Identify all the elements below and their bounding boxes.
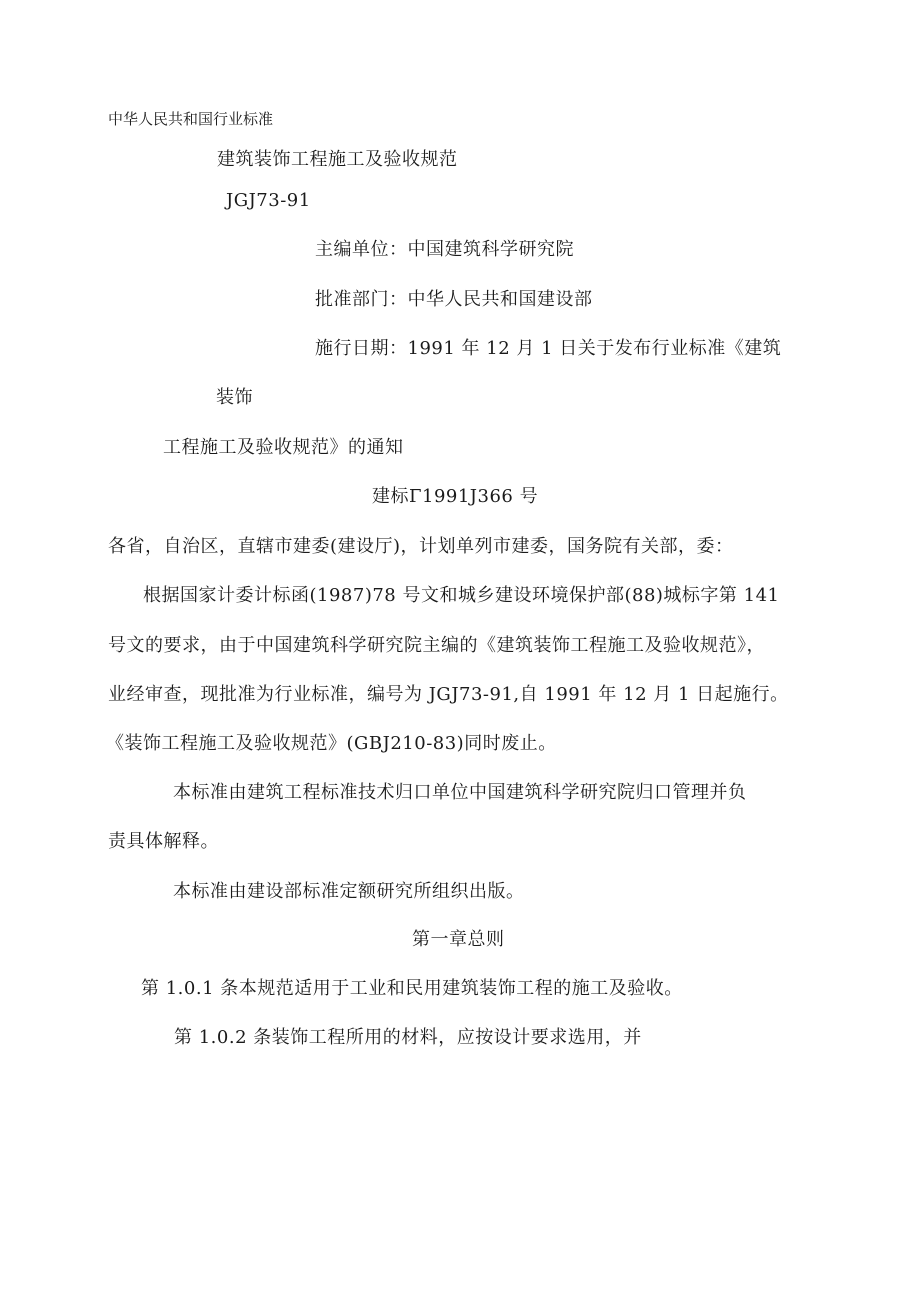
chapter-heading: 第一章总则 — [412, 928, 505, 952]
notice-title: 工程施工及验收规范》的通知 — [163, 436, 404, 460]
article-1-0-1: 第 1.0.1 条本规范适用于工业和民用建筑装饰工程的施工及验收。 — [141, 977, 683, 1001]
issuer-label: 中华人民共和国行业标准 — [108, 107, 273, 131]
paragraph-1-line-3: 业经审查，现批准为行业标准，编号为 JGJ73-91,自 1991 年 12 月… — [108, 683, 789, 707]
document-title: 建筑装饰工程施工及验收规范 — [217, 148, 458, 172]
paragraph-2-line-1: 本标准由建筑工程标准技术归口单位中国建筑科学研究院归口管理并负 — [173, 781, 747, 805]
effective-date-line-continued: 装饰 — [216, 386, 253, 410]
notice-doc-number: 建标Γ1991J366 号 — [372, 485, 538, 509]
approval-department: 批准部门：中华人民共和国建设部 — [315, 288, 593, 312]
paragraph-1-line-4: 《装饰工程施工及验收规范》(GBJ210-83)同时废止。 — [106, 732, 557, 756]
paragraph-1-line-2: 号文的要求，由于中国建筑科学研究院主编的《建筑装饰工程施工及验收规范》， — [108, 634, 765, 658]
article-1-0-2: 第 1.0.2 条装饰工程所用的材料，应按设计要求选用，并 — [174, 1026, 642, 1050]
standard-code: JGJ73-91 — [226, 189, 311, 213]
paragraph-3: 本标准由建设部标准定额研究所组织出版。 — [173, 880, 525, 904]
paragraph-1-line-1: 根据国家计委计标函(1987)78 号文和城乡建设环境保护部(88)城标字第 1… — [143, 584, 780, 608]
editor-unit: 主编单位：中国建筑科学研究院 — [315, 238, 574, 262]
effective-date-line: 施行日期：1991 年 12 月 1 日关于发布行业标准《建筑 — [315, 337, 781, 361]
paragraph-2-line-2: 责具体解释。 — [108, 830, 219, 854]
notice-salutation: 各省，自治区，直辖市建委(建设厅)，计划单列市建委，国务院有关部，委： — [108, 535, 734, 559]
